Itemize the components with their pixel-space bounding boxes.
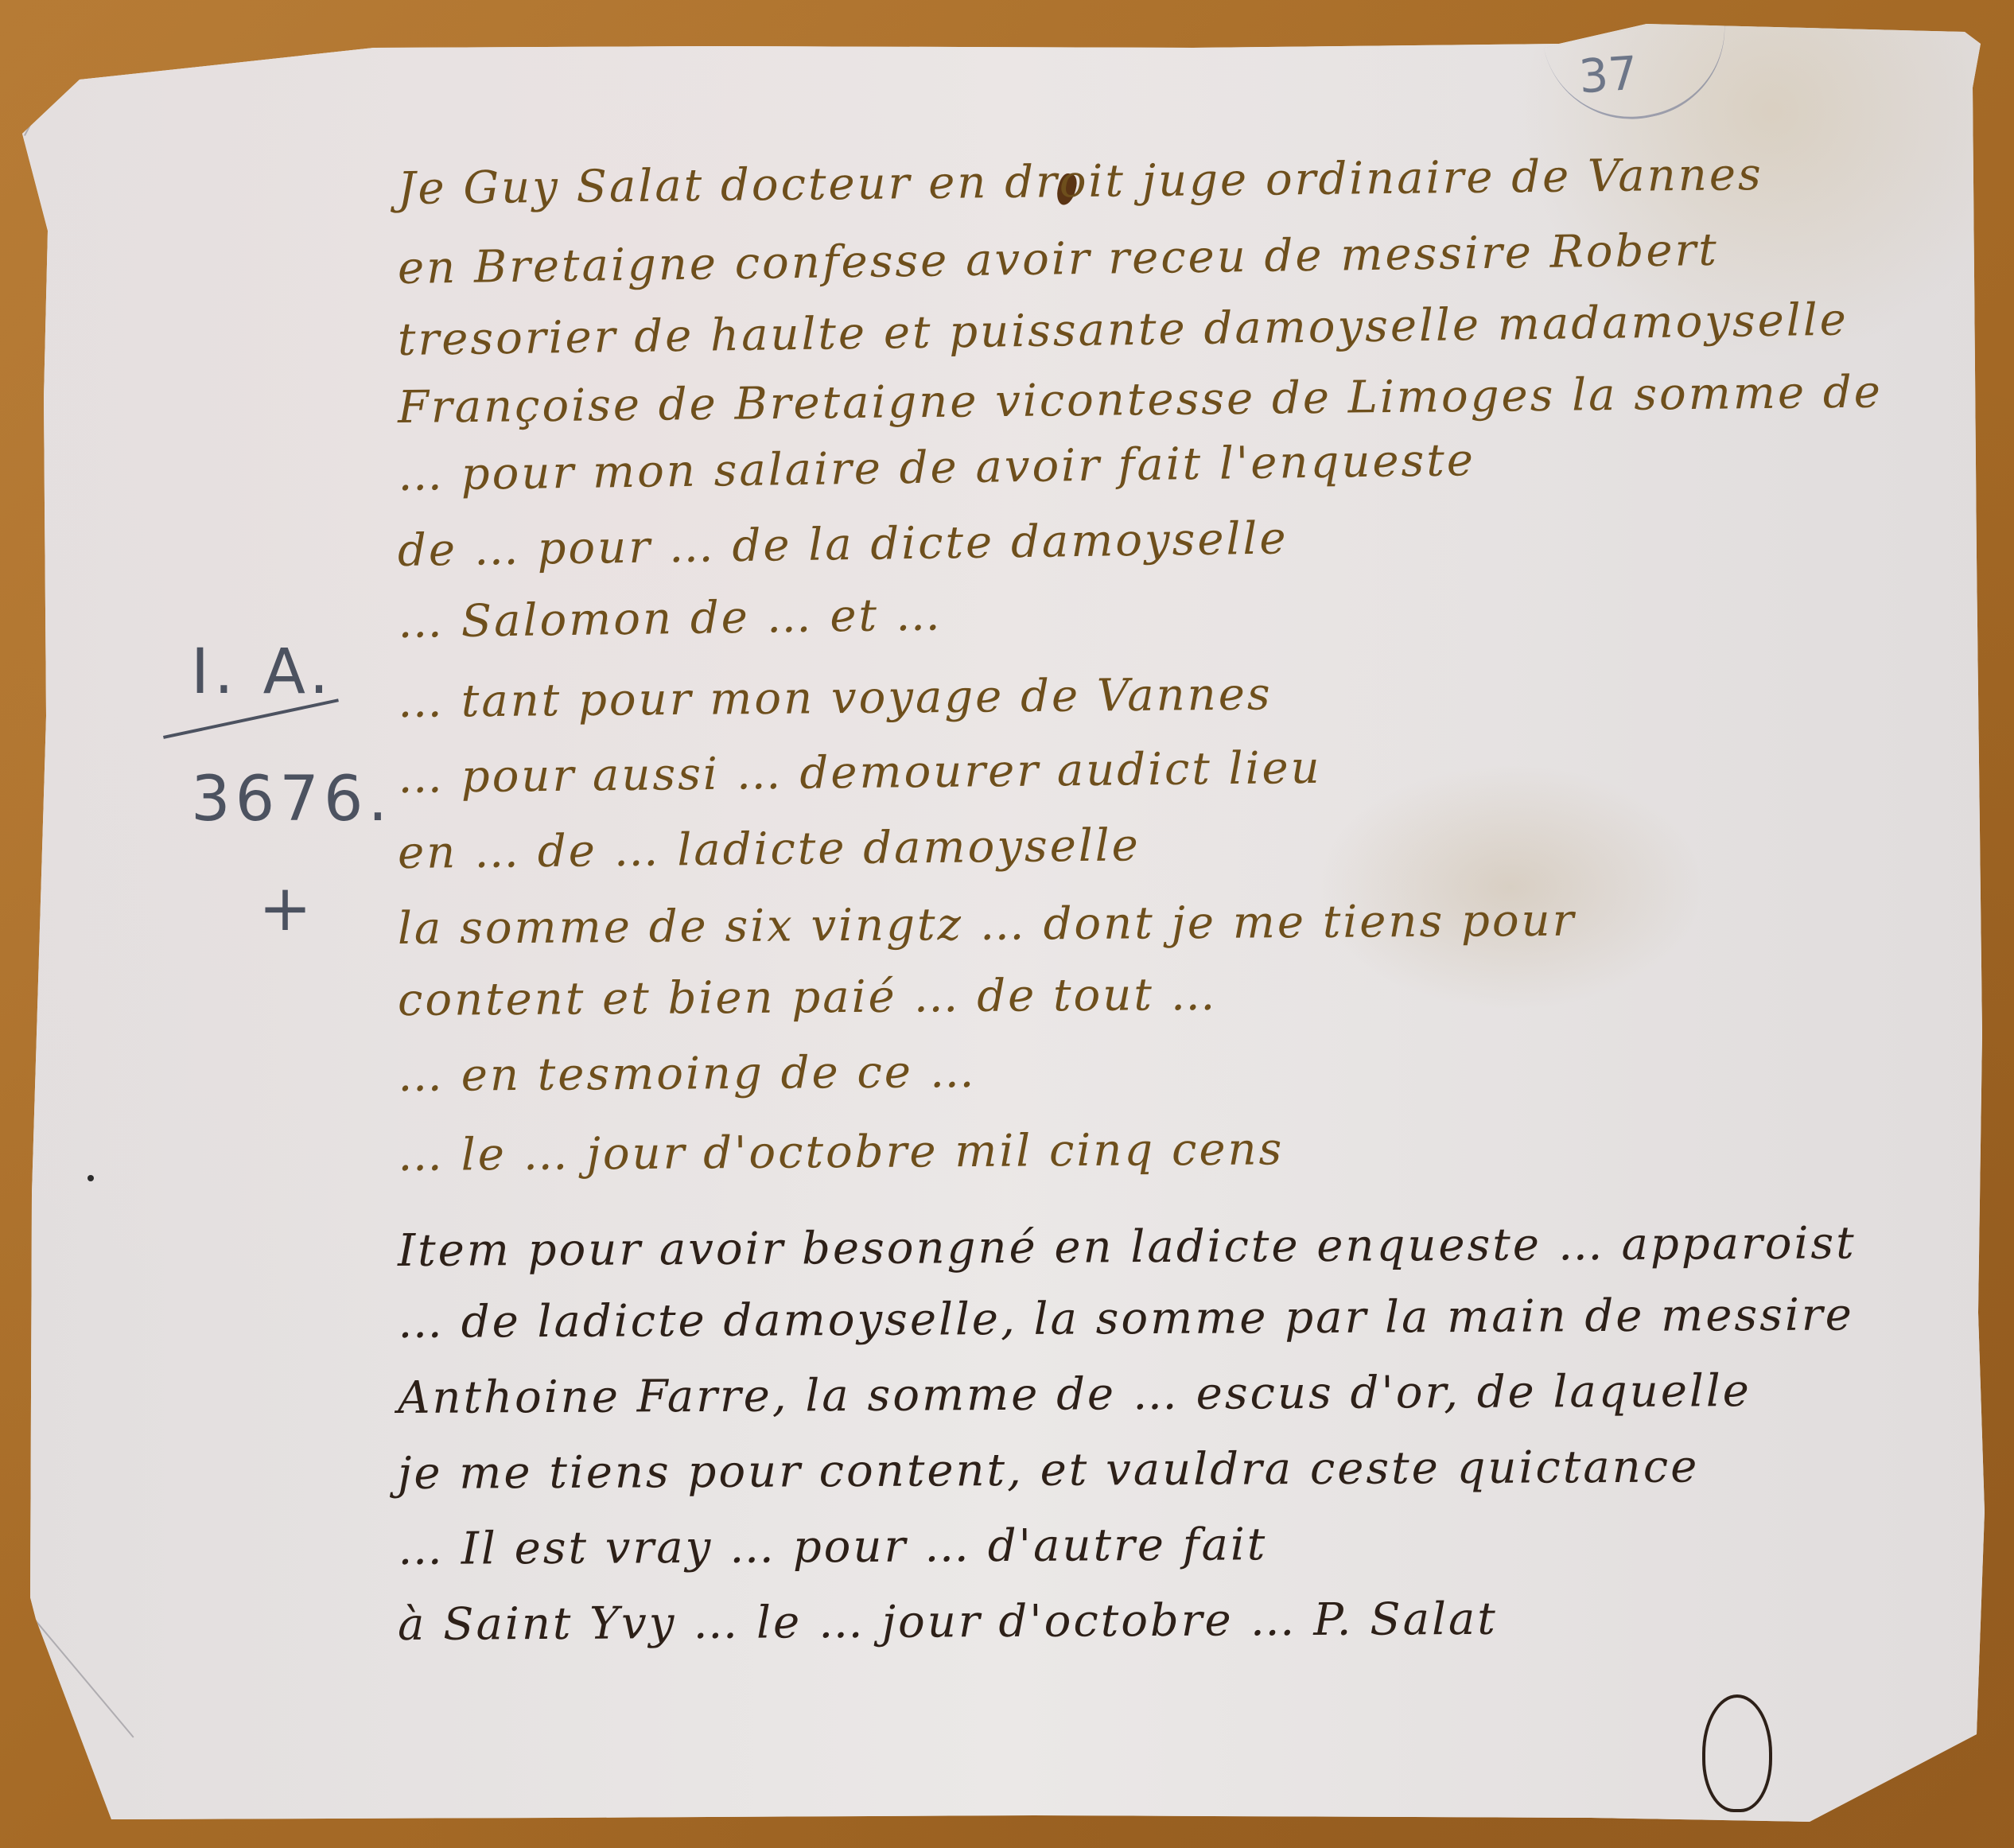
text-line: … en tesmoing de ce … xyxy=(398,1046,977,1102)
shelfmark-number: 3676. xyxy=(191,764,392,835)
text-line: en … de … ladicte damoyselle xyxy=(398,819,1141,879)
folded-corner-bottom-left xyxy=(30,1615,134,1737)
shelfmark-series: I. A. xyxy=(191,636,333,708)
signature-paraph xyxy=(1702,1694,1772,1812)
text-line: Item pour avoir besongné en ladicte enqu… xyxy=(398,1217,1857,1277)
text-line: … Salomon de … et … xyxy=(398,589,943,648)
text-line: de … pour … de la dicte damoyselle xyxy=(398,512,1289,577)
text-line: … de ladicte damoyselle, la somme par la… xyxy=(398,1289,1854,1348)
pencil-arc-mark xyxy=(1544,10,1741,135)
ink-dot xyxy=(1981,1344,1987,1351)
text-line: … pour aussi … demourer audict lieu xyxy=(398,742,1322,803)
shelfmark-cross: + xyxy=(259,871,312,945)
text-line: tresorier de haulte et puissante damoyse… xyxy=(398,294,1849,366)
text-line: … pour mon salaire de avoir fait l'enque… xyxy=(398,434,1476,501)
text-line: Anthoine Farre, la somme de … escus d'or… xyxy=(398,1365,1752,1424)
folio-number: 37 xyxy=(1577,46,1639,104)
text-line: la somme de six vingtz … dont je me tien… xyxy=(398,895,1577,955)
text-line: … Il est vray … pour … d'autre fait xyxy=(398,1519,1268,1575)
text-line: … tant pour mon voyage de Vannes xyxy=(398,668,1273,728)
text-line: Je Guy Salat docteur en droit juge ordin… xyxy=(398,149,1763,215)
ink-dot xyxy=(1985,410,1991,416)
text-line: en Bretaigne confesse avoir receu de mes… xyxy=(398,224,1720,294)
text-line: content et bien paié … de tout … xyxy=(398,969,1218,1026)
ink-dot xyxy=(87,1175,94,1181)
folded-corner-top-left xyxy=(24,23,85,136)
text-line: à Saint Yvy … le … jour d'octobre … P. S… xyxy=(398,1593,1498,1651)
manuscript-sheet: 37 I. A. 3676. + Je Guy Salat docteur en… xyxy=(0,0,2014,1848)
text-line: … le … jour d'octobre mil cinq cens xyxy=(398,1123,1285,1181)
text-line: je me tiens pour content, et vauldra ces… xyxy=(398,1441,1700,1500)
text-line: Françoise de Bretaigne vicontesse de Lim… xyxy=(398,366,1884,434)
